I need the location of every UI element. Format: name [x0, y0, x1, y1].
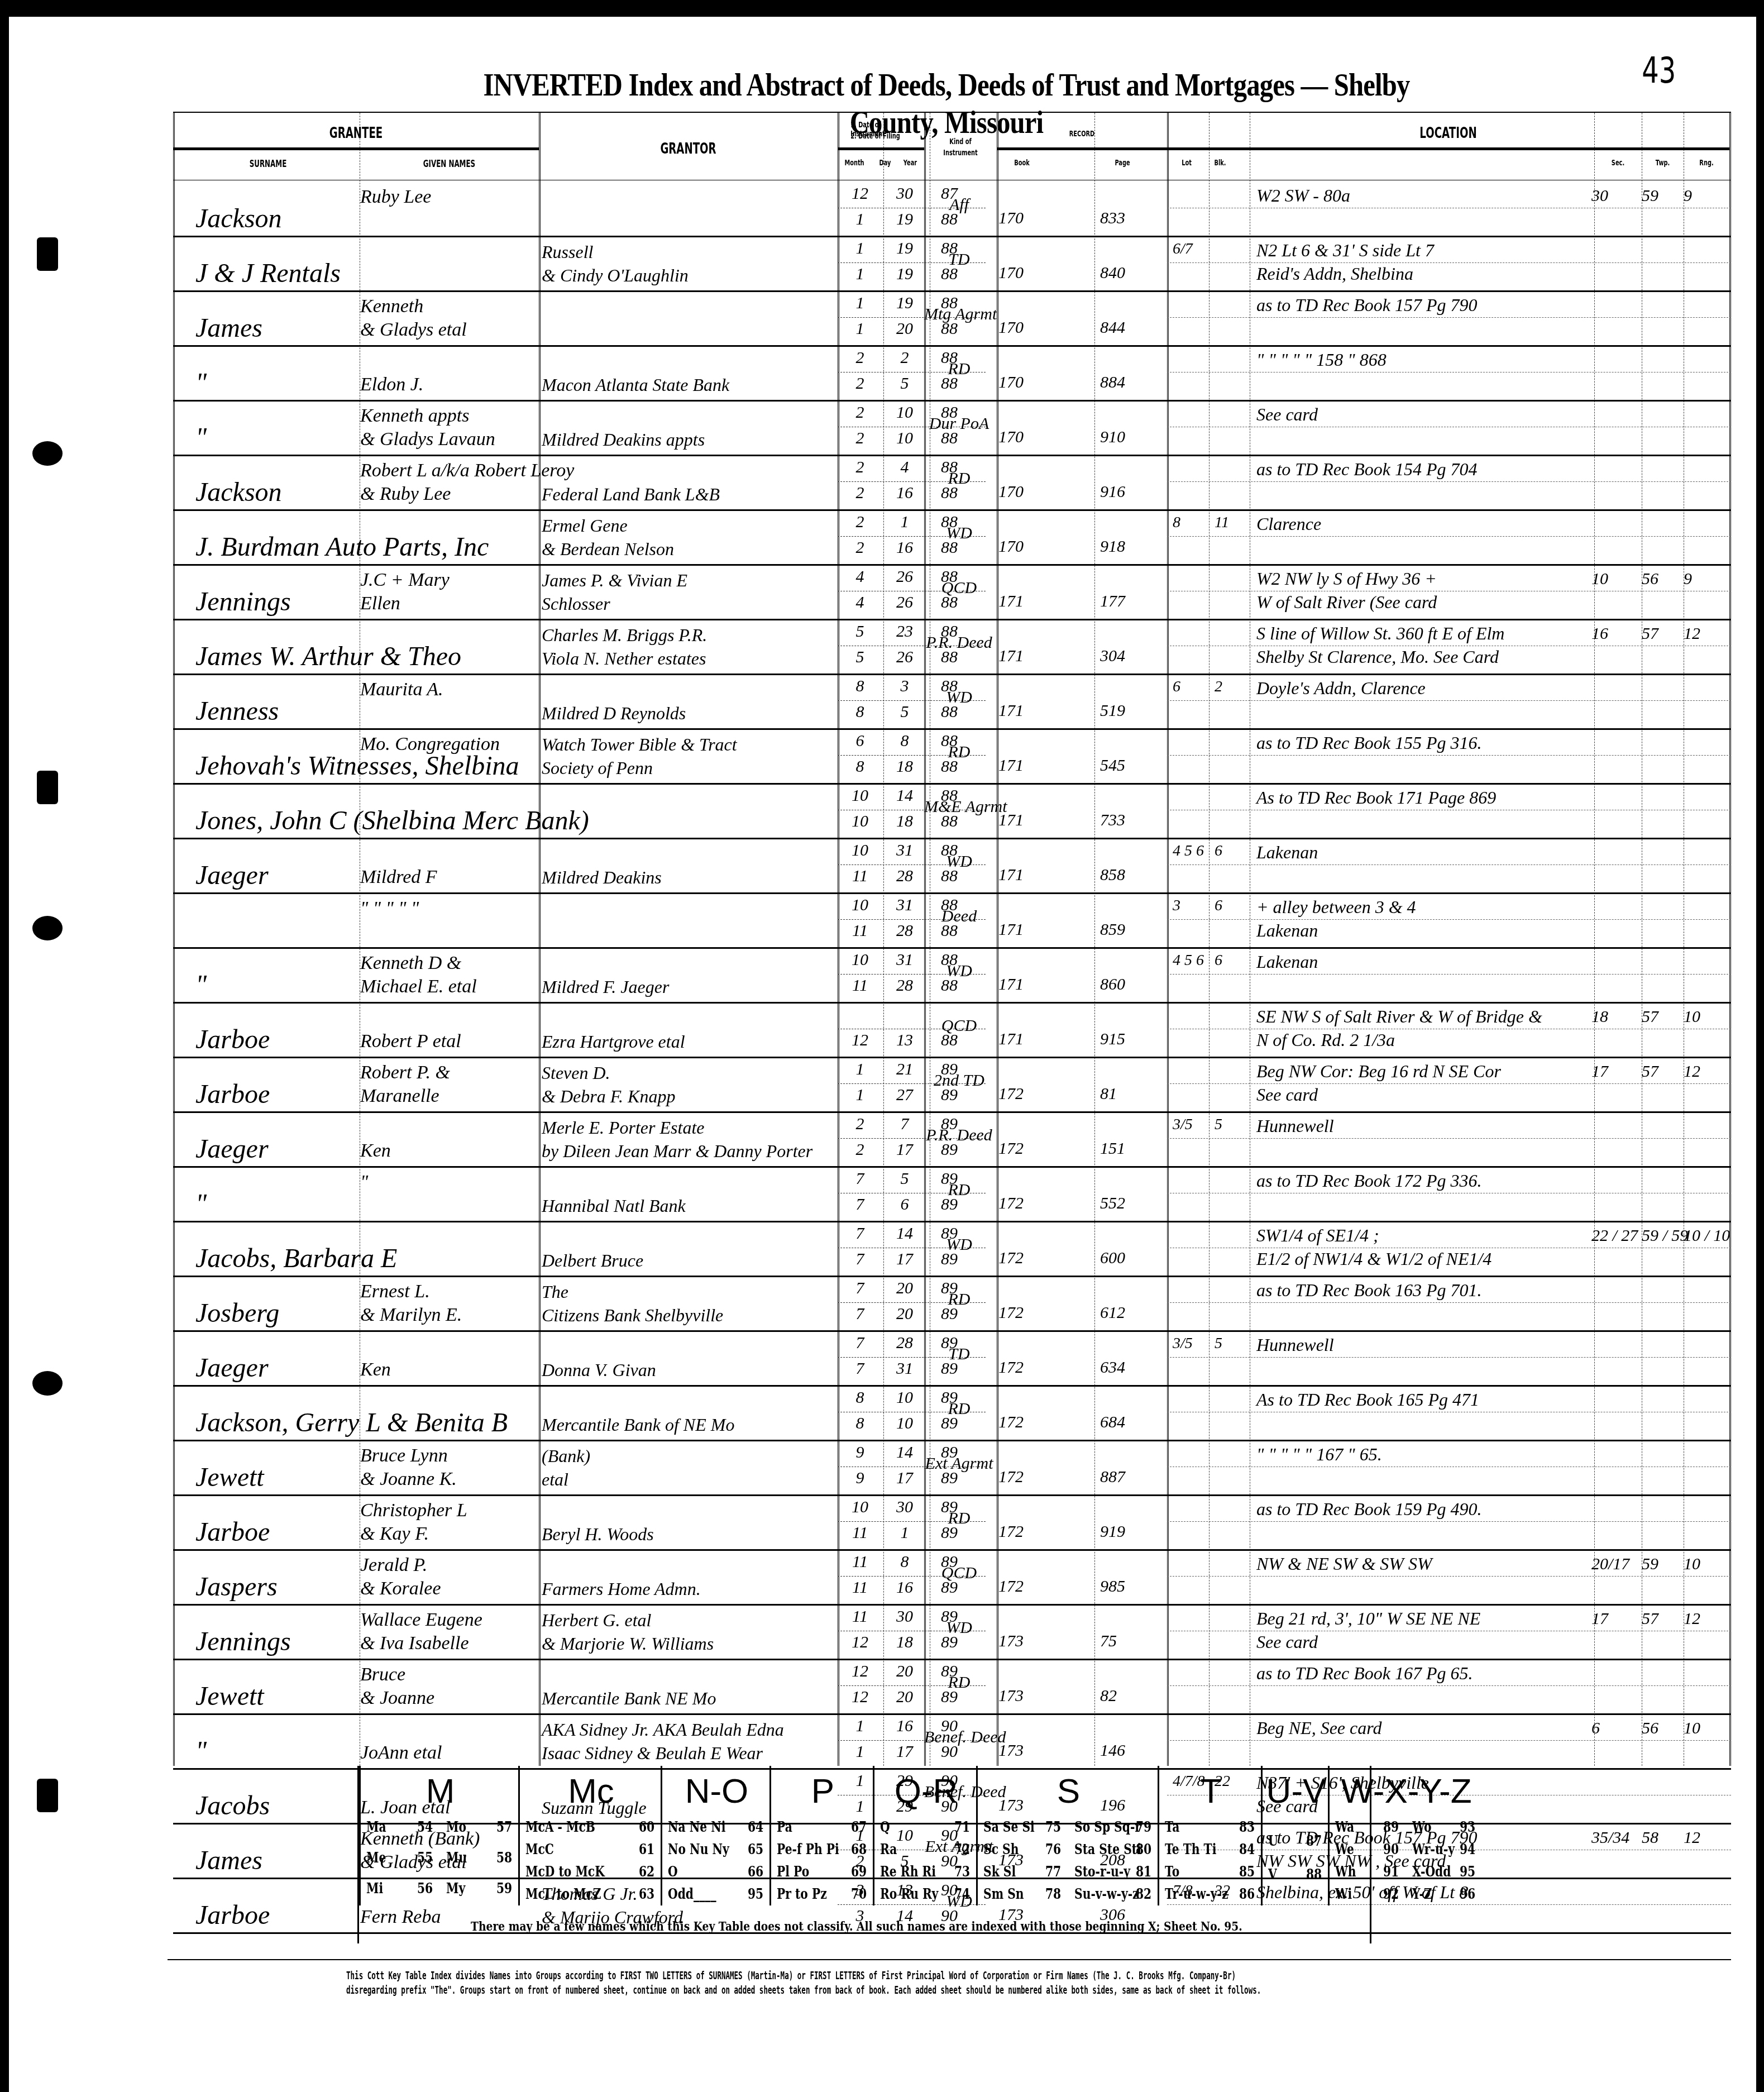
table-row[interactable]: JarboeChristopher L& Kay F.Beryl H. Wood… — [173, 1494, 1731, 1551]
location-description: N2 Lt 6 & 31' S side Lt 7 — [1256, 239, 1434, 261]
key-item-label: McC — [525, 1841, 554, 1858]
grantee-given-names: Maurita A. — [360, 678, 443, 701]
record-book: 171 — [998, 866, 1096, 885]
location-range: 12 — [1684, 1828, 1700, 1847]
day: 16 — [882, 1717, 927, 1736]
location-description: S line of Willow St. 360 ft E of Elm — [1256, 622, 1504, 644]
month: 7 — [838, 1305, 882, 1324]
record-book: 171 — [998, 1030, 1096, 1049]
kind-of-instrument: WD — [924, 688, 994, 707]
table-row[interactable]: JacksonRobert L a/k/a Robert Leroy& Ruby… — [173, 455, 1731, 511]
key-item-sheet-number: 86 — [1239, 1886, 1255, 1903]
table-row[interactable]: JaegerKenDonna V. Givan7288973189TD17263… — [173, 1330, 1731, 1387]
table-row[interactable]: JenningsWallace Eugene& Iva IsabelleHerb… — [173, 1604, 1731, 1660]
scan-edge-top — [0, 0, 1764, 17]
table-row[interactable]: ""Hannibal Natl Bank75897689RD172552as t… — [173, 1166, 1731, 1222]
month: 9 — [838, 1469, 882, 1488]
record-page: 887 — [1100, 1468, 1198, 1487]
record-page: 82 — [1100, 1687, 1198, 1706]
location-description: as to TD Rec Book 172 Pg 336. — [1256, 1169, 1482, 1192]
kind-of-instrument: RD — [924, 469, 994, 488]
month: 10 — [838, 786, 882, 805]
key-item-label: Q — [880, 1819, 890, 1836]
day: 3 — [882, 677, 927, 696]
key-item-sheet-number: 85 — [1239, 1864, 1255, 1880]
record-book: 170 — [998, 209, 1096, 228]
table-row[interactable]: Jones, John C (Shelbina Merc Bank)101488… — [173, 783, 1731, 839]
location-township: 57 — [1642, 1609, 1658, 1628]
grantee-given-names: Kenneth — [360, 295, 423, 318]
table-row[interactable]: JarboeRobert P. &MaranelleSteven D.& Deb… — [173, 1057, 1731, 1113]
record-book: 170 — [998, 483, 1096, 501]
key-column-mc: McMcA - McB60McC61McD to McK62McL to McZ… — [518, 1766, 662, 1905]
month: 11 — [838, 867, 882, 886]
grantee-given-names-line2: Robert P etal — [360, 1030, 461, 1053]
location-description: as to TD Rec Book 163 Pg 701. — [1256, 1279, 1482, 1301]
key-item-sheet-number: 59 — [496, 1880, 512, 1897]
key-column-head: M — [361, 1771, 520, 1811]
day: 20 — [882, 1305, 927, 1324]
key-item-sheet-number: 83 — [1239, 1819, 1255, 1836]
day: 2 — [882, 348, 927, 367]
table-row[interactable]: "JoAnn etalAKA Sidney Jr. AKA Beulah Edn… — [173, 1713, 1731, 1770]
location-description: " " " " " 158 " 868 — [1256, 348, 1387, 371]
grantee-given-names-line2: Ellen — [360, 592, 400, 615]
location-block: 5 — [1215, 1116, 1222, 1134]
table-row[interactable]: Jacobs, Barbara EDelbert Bruce7148971789… — [173, 1221, 1731, 1277]
location-description-line2: N of Co. Rd. 2 1/3a — [1256, 1029, 1395, 1051]
kind-of-instrument: WD — [924, 1618, 994, 1637]
header-page: Page — [1103, 159, 1142, 168]
key-item-label: Ro Ru Ry — [880, 1886, 938, 1903]
month: 11 — [838, 921, 882, 940]
key-column-head: T — [1159, 1771, 1263, 1811]
grantee-surname: Jarboe — [195, 1079, 270, 1110]
location-divider — [1167, 1521, 1731, 1522]
day: 20 — [882, 1662, 927, 1681]
location-description-line2: See card — [1256, 1631, 1318, 1653]
header-grantor: GRANTOR — [584, 141, 793, 157]
location-range: 12 — [1684, 1609, 1700, 1628]
header-book: Book — [1005, 159, 1040, 168]
location-lot: 6 — [1173, 678, 1180, 696]
key-item-label: Pl Po — [777, 1864, 809, 1880]
grantee-surname: Josberg — [195, 1298, 279, 1329]
location-divider — [1167, 755, 1731, 756]
grantee-given-names-line2: & Gladys Lavaun — [360, 428, 495, 451]
location-divider — [1167, 481, 1731, 482]
month: 2 — [838, 458, 882, 477]
location-range: 10 / 10 — [1684, 1226, 1730, 1245]
location-description: Doyle's Addn, Clarence — [1256, 677, 1426, 699]
location-description-line2: See card — [1256, 1083, 1318, 1106]
binder-slot-icon — [37, 237, 58, 271]
day: 28 — [882, 921, 927, 940]
record-page: 634 — [1100, 1358, 1198, 1377]
key-item-sheet-number: 96 — [1460, 1886, 1475, 1903]
key-item-label: Su-v-w-y-z — [1074, 1886, 1139, 1903]
location-lot: 3/5 — [1173, 1335, 1193, 1353]
month: 9 — [838, 1443, 882, 1462]
table-row[interactable]: James W. Arthur & TheoCharles M. Briggs … — [173, 619, 1731, 675]
location-description: Beg 21 rd, 3', 10" W SE NE NE — [1256, 1607, 1480, 1630]
grantee-surname: Jackson, Gerry L & Benita B — [195, 1407, 508, 1438]
record-book: 172 — [998, 1577, 1096, 1596]
location-divider — [1167, 1029, 1731, 1029]
record-book: 170 — [998, 264, 1096, 283]
day: 31 — [882, 951, 927, 969]
kind-of-instrument: 2nd TD — [924, 1071, 994, 1090]
day: 27 — [882, 1086, 927, 1105]
month: 12 — [838, 184, 882, 203]
key-item-label: Mi — [366, 1880, 383, 1897]
table-row[interactable]: Jackson, Gerry L & Benita BMercantile Ba… — [173, 1385, 1731, 1441]
record-page: 545 — [1100, 756, 1198, 775]
location-divider — [1167, 1083, 1731, 1084]
day: 26 — [882, 593, 927, 612]
location-block: 6 — [1215, 952, 1222, 969]
key-item-label: No Nu Ny — [668, 1841, 729, 1858]
grantor-name-line2: & Marjorie W. Williams — [542, 1632, 714, 1655]
day: 20 — [882, 319, 927, 338]
key-item-label: Sk Sl — [983, 1864, 1016, 1880]
month: 7 — [838, 1279, 882, 1298]
binder-hole-icon — [32, 1371, 63, 1396]
location-description-line2: Lakenan — [1256, 919, 1318, 942]
header-month: Month — [843, 159, 866, 168]
kind-of-instrument: RD — [924, 1181, 994, 1200]
header-rule — [838, 147, 924, 150]
location-range: 12 — [1684, 624, 1700, 643]
day: 16 — [882, 1578, 927, 1597]
month: 8 — [838, 1414, 882, 1433]
table-row[interactable]: Jehovah's Witnesses, ShelbinaMo. Congreg… — [173, 728, 1731, 785]
key-column-head: Mc — [520, 1771, 662, 1811]
key-item-sheet-number: 95 — [748, 1886, 763, 1903]
day: 23 — [882, 622, 927, 641]
record-page: 910 — [1100, 428, 1198, 447]
grantee-surname: Jaeger — [195, 1353, 269, 1383]
binder-hole-icon — [32, 441, 63, 466]
record-book: 172 — [998, 1413, 1096, 1432]
table-row[interactable]: JaegerKenMerle E. Porter Estateby Dileen… — [173, 1111, 1731, 1168]
table-row[interactable]: JaegerMildred FMildred Deakins1031881128… — [173, 838, 1731, 894]
key-item-sheet-number: 67 — [851, 1819, 867, 1836]
key-column-head: N-O — [662, 1771, 771, 1811]
key-item-label: Pr to Pz — [777, 1886, 827, 1903]
record-book: 170 — [998, 428, 1096, 447]
table-row[interactable]: JosbergErnest L.& Marilyn E.TheCitizens … — [173, 1276, 1731, 1332]
kind-of-instrument: RD — [924, 360, 994, 379]
key-item-sheet-number: 89 — [1383, 1819, 1399, 1836]
key-column-head: U-V — [1263, 1771, 1330, 1811]
day: 10 — [882, 1414, 927, 1433]
grantor-name-line2: Isaac Sidney & Beulah E Wear — [542, 1741, 763, 1765]
table-row[interactable]: JenningsJ.C + MaryEllenJames P. & Vivian… — [173, 564, 1731, 620]
record-page: 177 — [1100, 592, 1198, 611]
header-rng: Rng. — [1690, 159, 1722, 168]
kind-of-instrument: WD — [924, 1235, 994, 1254]
day: 8 — [882, 732, 927, 751]
kind-of-instrument: TD — [924, 250, 994, 269]
month: 4 — [838, 567, 882, 586]
location-description: Lakenan — [1256, 841, 1318, 863]
day: 31 — [882, 1359, 927, 1378]
key-item-sheet-number: 78 — [1045, 1886, 1061, 1903]
day: 19 — [882, 265, 927, 284]
key-item-label: Ra — [880, 1841, 897, 1858]
record-book: 172 — [998, 1303, 1096, 1322]
key-item-sheet-number: 80 — [1136, 1841, 1151, 1858]
grantor-name-line2: Donna V. Givan — [542, 1358, 656, 1382]
key-item-label: V — [1268, 1866, 1277, 1883]
grantor-name: Herbert G. etal — [542, 1608, 651, 1632]
grantee-given-names: Bruce Lynn — [360, 1444, 448, 1468]
month: 7 — [838, 1359, 882, 1378]
location-divider — [1167, 700, 1731, 701]
grantee-surname: Jones, John C (Shelbina Merc Bank) — [195, 805, 589, 836]
grantee-surname: J & J Rentals — [195, 258, 341, 289]
kind-of-instrument: Benef. Deed — [924, 1728, 994, 1747]
key-item-sheet-number: 94 — [1460, 1841, 1475, 1858]
table-row[interactable]: JennessMaurita A.Mildred D Reynolds83888… — [173, 674, 1731, 730]
day: 1 — [882, 513, 927, 532]
key-item-label: Ma — [366, 1819, 386, 1836]
month: 2 — [838, 484, 882, 503]
header-surname: SURNAME — [209, 159, 327, 170]
table-row[interactable]: JamesKenneth& Gladys etal1198812088Mtg A… — [173, 290, 1731, 347]
table-row[interactable]: JarboeRobert P etalEzra Hartgrove etal12… — [173, 1002, 1731, 1058]
location-range: 9 — [1684, 187, 1692, 206]
record-page: 552 — [1100, 1194, 1198, 1213]
grantee-given-names: " " " " " — [360, 897, 419, 920]
record-book: 173 — [998, 1632, 1096, 1651]
day: 28 — [882, 976, 927, 995]
table-row[interactable]: "Kenneth D &Michael E. etalMildred F. Ja… — [173, 947, 1731, 1004]
key-item-label: We — [1335, 1841, 1354, 1858]
footer-line-1: This Cott Key Table Index divides Names … — [346, 1969, 1260, 1983]
table-row[interactable]: "Kenneth appts& Gladys LavaunMildred Dea… — [173, 400, 1731, 456]
binder-hole-icon — [32, 916, 63, 940]
month: 1 — [838, 1717, 882, 1736]
key-item-sheet-number: 77 — [1045, 1864, 1061, 1880]
day: 19 — [882, 294, 927, 313]
location-description: Hunnewell — [1256, 1334, 1334, 1356]
day: 17 — [882, 1250, 927, 1269]
key-item-label: Wr-u-y — [1412, 1841, 1455, 1858]
table-row[interactable]: JacksonRuby Lee12308711988Aff170833W2 SW… — [173, 181, 1731, 237]
grantee-surname: Jarboe — [195, 1517, 270, 1547]
location-divider — [1167, 810, 1731, 810]
record-book: 173 — [998, 1741, 1096, 1760]
location-description: Lakenan — [1256, 951, 1318, 973]
key-item-label: Sta Ste Sti — [1074, 1841, 1141, 1858]
month: 6 — [838, 732, 882, 751]
key-item-label: Wh — [1335, 1864, 1356, 1880]
kind-of-instrument: TD — [924, 1345, 994, 1364]
grantee-given-names: Bruce — [360, 1663, 405, 1687]
key-item-label: So Sp Sq-r — [1074, 1819, 1141, 1836]
location-description: " " " " " 167 " 65. — [1256, 1443, 1382, 1465]
month: 11 — [838, 1578, 882, 1597]
day: 26 — [882, 648, 927, 667]
grantor-name: The — [542, 1280, 568, 1303]
table-row[interactable]: JaspersJerald P.& KoraleeFarmers Home Ad… — [173, 1549, 1731, 1606]
location-range: 10 — [1684, 1719, 1700, 1738]
grantee-given-names-line2: & Marilyn E. — [360, 1303, 462, 1327]
grantee-surname: James — [195, 1845, 262, 1876]
record-book: 173 — [998, 1687, 1096, 1706]
kind-of-instrument: WD — [924, 962, 994, 981]
key-item-label: Sto-r-u-y — [1074, 1864, 1130, 1880]
table-row[interactable]: " " " " "103188112888Deed17185936+ alley… — [173, 892, 1731, 949]
month: 1 — [838, 1742, 882, 1761]
kind-of-instrument: P.R. Deed — [924, 1126, 994, 1145]
grantor-name-line2: Mildred F. Jaeger — [542, 975, 669, 999]
key-item-sheet-number: 60 — [639, 1819, 654, 1836]
grantor-name-line2: Society of Penn — [542, 756, 653, 780]
key-item-label: X-Odd — [1412, 1864, 1451, 1880]
record-page: 860 — [1100, 975, 1198, 994]
grantor-name: Watch Tower Bible & Tract — [542, 733, 737, 756]
kind-of-instrument: RD — [924, 1673, 994, 1692]
location-township: 56 — [1642, 1719, 1658, 1738]
month: 10 — [838, 896, 882, 915]
location-description-line2: Reid's Addn, Shelbina — [1256, 262, 1413, 285]
key-item-label: Pa — [777, 1819, 792, 1836]
location-block: 5 — [1215, 1335, 1222, 1353]
day: 30 — [882, 1607, 927, 1626]
key-column-u-v: U-VU87V88 — [1261, 1766, 1330, 1905]
header-record: RECORD — [1022, 130, 1142, 138]
day: 17 — [882, 1140, 927, 1159]
grantee-surname: " — [195, 367, 207, 398]
location-section: 10 — [1591, 570, 1608, 589]
month: 12 — [838, 1688, 882, 1707]
location-description: SE NW S of Salt River & W of Bridge & — [1256, 1005, 1542, 1028]
header-given-names: GIVEN NAMES — [386, 159, 512, 170]
key-column-m: MMa54Me55Mi56Mo57Mu58My59 — [359, 1766, 520, 1905]
key-item-sheet-number: 81 — [1136, 1864, 1151, 1880]
day: 28 — [882, 867, 927, 886]
day: 20 — [882, 1279, 927, 1298]
day: 31 — [882, 841, 927, 860]
location-lot: 4 5 6 — [1173, 842, 1204, 860]
location-divider — [1167, 208, 1731, 208]
month: 11 — [838, 1607, 882, 1626]
grantee-given-names-line2: Maranelle — [360, 1085, 439, 1108]
record-page: 918 — [1100, 537, 1198, 556]
grantee-surname: Jacobs — [195, 1790, 270, 1821]
kind-of-instrument: RD — [924, 1509, 994, 1528]
record-page: 840 — [1100, 264, 1198, 283]
month: 1 — [838, 319, 882, 338]
key-column-head: W-X-Y-Z — [1330, 1771, 1483, 1811]
key-column-head: P — [771, 1771, 874, 1811]
location-divider — [1167, 372, 1731, 372]
location-township: 59 — [1642, 187, 1658, 206]
location-township: 57 — [1642, 1062, 1658, 1081]
header-blk: Blk. — [1207, 159, 1234, 168]
kind-of-instrument: RD — [924, 1400, 994, 1418]
location-section: 16 — [1591, 624, 1608, 643]
grantee-surname: Jarboe — [195, 1024, 270, 1055]
month: 2 — [838, 374, 882, 393]
day: 17 — [882, 1742, 927, 1761]
footer-rule — [168, 1959, 1731, 1960]
header-sec: Sec. — [1602, 159, 1635, 168]
grantee-surname: Jackson — [195, 203, 282, 234]
key-item-label: My — [446, 1880, 465, 1897]
location-block: 2 — [1215, 678, 1222, 696]
grantor-name: Merle E. Porter Estate — [542, 1116, 704, 1139]
location-lot: 3/5 — [1173, 1116, 1193, 1134]
key-item-label: O — [668, 1864, 678, 1880]
key-item-label: Wi — [1335, 1886, 1352, 1903]
month: 4 — [838, 593, 882, 612]
month: 7 — [838, 1169, 882, 1188]
key-item-label: To — [1165, 1864, 1179, 1880]
record-page: 844 — [1100, 318, 1198, 337]
key-item-sheet-number: 73 — [954, 1864, 970, 1880]
location-section: 17 — [1591, 1062, 1608, 1081]
grantor-name: Charles M. Briggs P.R. — [542, 623, 707, 647]
location-description-line2: W of Salt River (See card — [1256, 591, 1437, 613]
location-divider — [1167, 1138, 1731, 1139]
day: 14 — [882, 1443, 927, 1462]
table-row[interactable]: J. Burdman Auto Parts, IncErmel Gene& Be… — [173, 509, 1731, 566]
key-column-head: S — [978, 1771, 1159, 1811]
record-book: 170 — [998, 537, 1096, 556]
record-page: 81 — [1100, 1085, 1198, 1104]
day: 10 — [882, 429, 927, 448]
table-row[interactable]: JewettBruce Lynn& Joanne K.(Bank)etal914… — [173, 1440, 1731, 1496]
day: 10 — [882, 403, 927, 422]
day: 5 — [882, 374, 927, 393]
month: 5 — [838, 622, 882, 641]
location-description: SW1/4 of SE1/4 ; — [1256, 1224, 1379, 1246]
location-divider — [1167, 919, 1731, 920]
location-block: 6 — [1215, 842, 1222, 860]
table-row[interactable]: JewettBruce& JoanneMercantile Bank NE Mo… — [173, 1659, 1731, 1715]
table-row[interactable]: "Eldon J.Macon Atlanta State Bank2288258… — [173, 345, 1731, 402]
grantee-given-names-line2: & Koralee — [360, 1577, 441, 1601]
key-column-p: PPa67Pe-f Ph Pi68Pl Po69Pr to Pz70 — [769, 1766, 874, 1905]
grantor-name-line2: Hannibal Natl Bank — [542, 1194, 686, 1217]
location-description-line2: Shelby St Clarence, Mo. See Card — [1256, 646, 1499, 668]
record-page: 859 — [1100, 920, 1198, 939]
location-divider — [1167, 1685, 1731, 1686]
record-book: 171 — [998, 975, 1096, 994]
table-row[interactable]: J & J RentalsRussell& Cindy O'Laughlin11… — [173, 236, 1731, 292]
grantee-given-names-line2: Mildred F — [360, 866, 437, 889]
day: 28 — [882, 1334, 927, 1353]
record-page: 985 — [1100, 1577, 1198, 1596]
month: 11 — [838, 1523, 882, 1542]
grantee-given-names-line2: & Iva Isabelle — [360, 1632, 469, 1655]
key-item-label: Wa — [1335, 1819, 1354, 1836]
key-item-sheet-number: 84 — [1239, 1841, 1255, 1858]
month: 2 — [838, 403, 882, 422]
key-column-t: TTa83Te Th Ti84To85Tr-u-w-y-z86 — [1158, 1766, 1263, 1905]
binder-slot-icon — [37, 771, 58, 804]
record-page: 519 — [1100, 701, 1198, 720]
day: 8 — [882, 1553, 927, 1572]
key-item-sheet-number: 91 — [1383, 1864, 1399, 1880]
month: 2 — [838, 538, 882, 557]
grantee-surname: " — [195, 422, 207, 453]
header-day: Day — [876, 159, 895, 168]
